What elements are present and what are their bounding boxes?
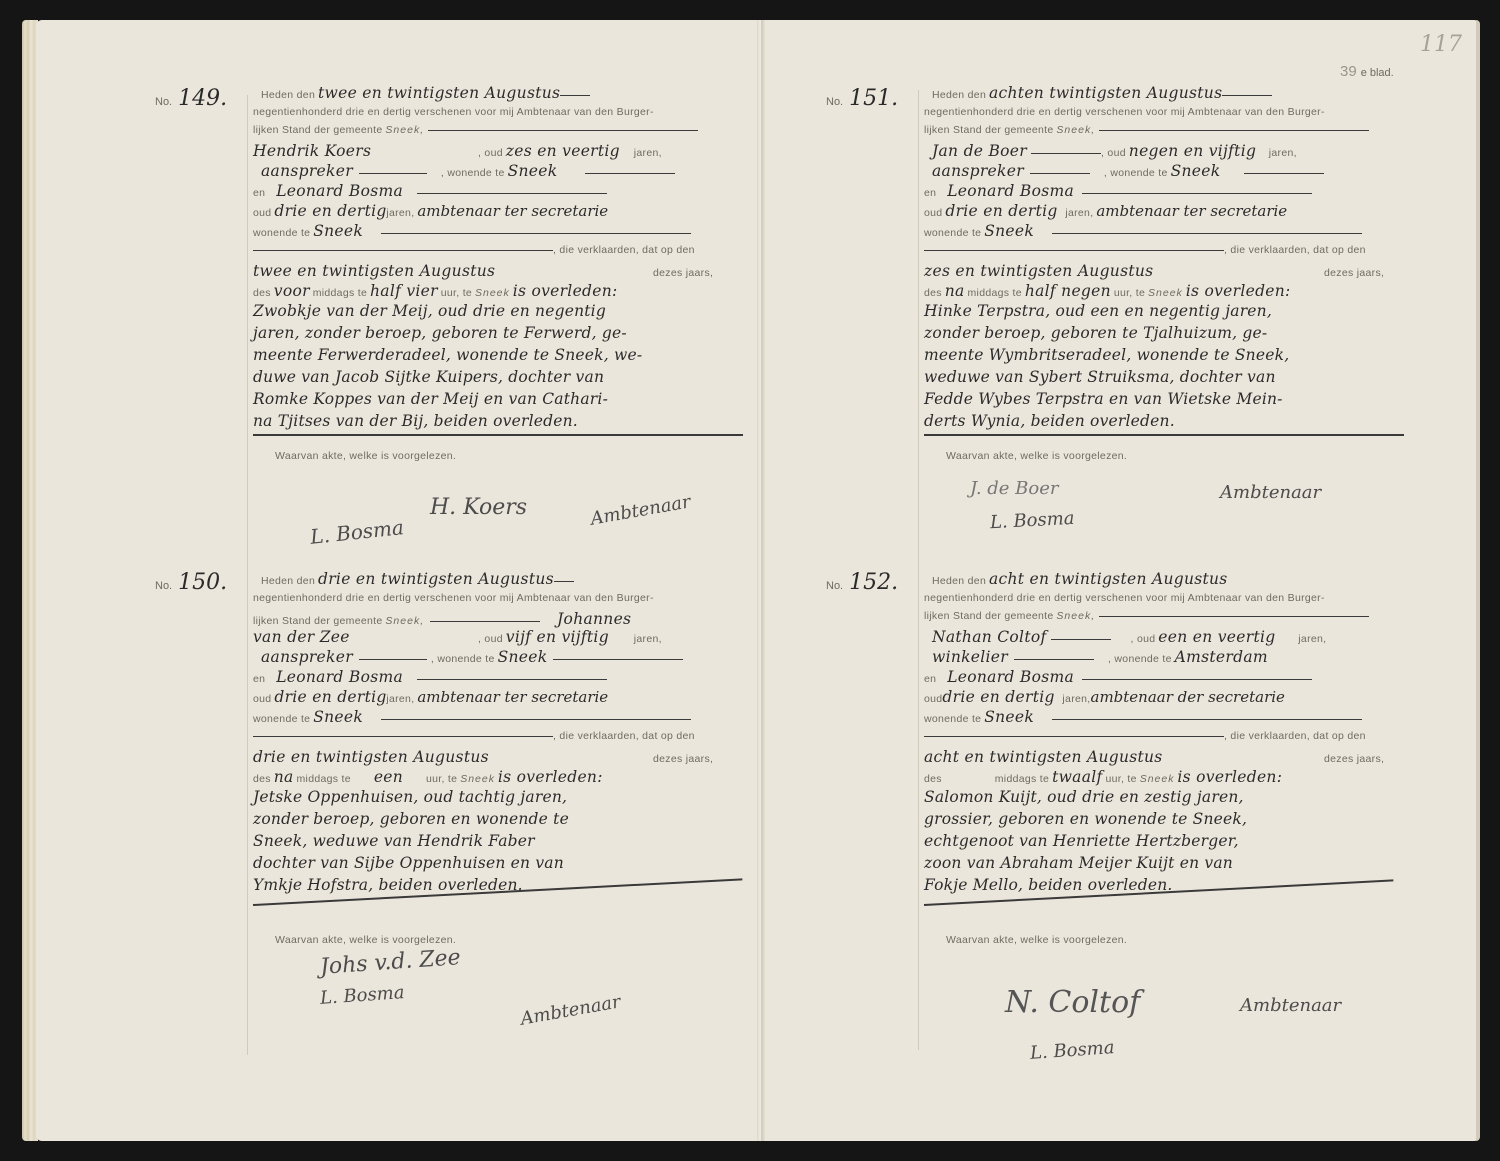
form-line: des voor middags te half vier uur, te Sn… [253, 282, 733, 304]
handwritten-text: zes en veertig [506, 142, 634, 160]
handwritten-text: is overleden: [1186, 282, 1291, 300]
handwritten-text: uur, te [441, 287, 472, 299]
handwritten-text: des [924, 287, 942, 299]
handwritten-text: Sneek [984, 708, 1034, 726]
form-line: Heden den twee en twintigsten Augustus [253, 84, 733, 106]
death-date: twee en twintigsten Augustus [253, 262, 653, 280]
handwritten-text: , oud [1131, 633, 1156, 645]
fill-line [253, 736, 553, 737]
handwritten-text: en [253, 187, 265, 199]
handwritten-text: zoon van Abraham Meijer Kuijt en van [924, 854, 1414, 876]
witness2-name: Leonard Bosma [276, 668, 403, 686]
handwritten-text: Heden den [261, 575, 315, 587]
handwritten-text: voor [274, 282, 310, 300]
handwritten-text: Heden den [932, 89, 986, 101]
signature: N. Coltof [1005, 985, 1140, 1020]
form-line: drie en twintigsten Augustusdezes jaars, [253, 748, 733, 770]
handwritten-text: , die verklaarden, dat op den [1224, 730, 1366, 742]
handwritten-text: jaren, [634, 633, 662, 645]
handwritten-text: Fokje Mello, beiden overleden. [924, 876, 1414, 898]
fill-line [1099, 130, 1369, 131]
form-line: des na middags te half negen uur, te Sne… [924, 282, 1404, 304]
handwritten-text: Sneek, weduwe van Hendrik Faber [253, 832, 743, 854]
handwritten-text: Sneek [475, 287, 510, 299]
handwritten-text: jaren, [1065, 207, 1093, 219]
form-line: Waarvan akte, welke is voorgelezen. [924, 934, 1404, 956]
fill-line [1222, 95, 1272, 96]
handwritten-text: Waarvan akte, welke is voorgelezen. [275, 934, 456, 946]
handwritten-text: lijken Stand der gemeente [924, 610, 1054, 622]
handwritten-text: weduwe van Sybert Struiksma, dochter van [924, 368, 1414, 390]
entry-number: No.152. [826, 570, 898, 595]
act-date: twee en twintigsten Augustus [318, 84, 560, 102]
fill-line [1030, 173, 1090, 174]
form-line: des na middags te een uur, te Sneek is o… [253, 768, 733, 790]
form-line: wonende te Sneek [924, 222, 1404, 244]
form-line: winkelier, wonende te Amsterdam [924, 648, 1404, 670]
handwritten-text: na Tjitses van der Bij, beiden overleden… [253, 412, 743, 434]
handwritten-text: middags te [297, 773, 351, 785]
handwritten-text: is overleden: [513, 282, 618, 300]
handwritten-text: Sneek, [1056, 124, 1095, 136]
handwritten-text: middags te [313, 287, 367, 299]
witness2-name: Leonard Bosma [276, 182, 403, 200]
handwritten-text: , oud [478, 633, 503, 645]
handwritten-text: , wonende te [431, 653, 495, 665]
handwritten-text: Waarvan akte, welke is voorgelezen. [946, 450, 1127, 462]
handwritten-text: , oud [1101, 147, 1126, 159]
fill-line [359, 659, 427, 660]
act-date: achten twintigsten Augustus [989, 84, 1222, 102]
handwritten-text: drie en dertig [945, 202, 1065, 220]
fill-line [924, 736, 1224, 737]
handwritten-text: jaren, [386, 207, 414, 219]
fill-line [428, 130, 698, 131]
handwritten-text: dezes jaars, [1324, 753, 1384, 765]
handwritten-text: Sneek [1171, 162, 1221, 180]
form-line: en Leonard Bosma [253, 668, 733, 690]
handwritten-text: Fedde Wybes Terpstra en van Wietske Mein… [924, 390, 1414, 412]
folio-mark: 117 [1420, 32, 1462, 57]
fill-line [560, 95, 590, 96]
fill-line [381, 719, 691, 720]
handwritten-text: zonder beroep, geboren en wonende te [253, 810, 743, 832]
handwritten-text: middags te [968, 287, 1022, 299]
handwritten-text: des [253, 773, 271, 785]
fill-line [417, 679, 607, 680]
witness1-name: Nathan Coltof [932, 628, 1047, 646]
witness1-name: Hendrik Koers [253, 142, 478, 160]
handwritten-text: Amsterdam [1175, 648, 1268, 666]
handwritten-text: meente Ferwerderadeel, wonende te Sneek,… [253, 346, 743, 368]
handwritten-text: na [945, 282, 965, 300]
fill-line [924, 434, 1404, 436]
signature: H. Koers [430, 495, 527, 520]
handwritten-text: , wonende te [1108, 653, 1172, 665]
handwritten-text: oud [924, 207, 942, 219]
handwritten-text: en [924, 187, 936, 199]
handwritten-text: Sneek [313, 222, 363, 240]
handwritten-text: ambtenaar der secretarie [1091, 688, 1285, 706]
handwritten-text: , oud [478, 147, 503, 159]
form-line: Waarvan akte, welke is voorgelezen. [253, 934, 733, 956]
fill-line [924, 250, 1224, 251]
right-page-edge [1476, 20, 1480, 1141]
handwritten-text: middags te [995, 773, 1049, 785]
handwritten-text: Waarvan akte, welke is voorgelezen. [275, 450, 456, 462]
handwritten-text: zonder beroep, geboren te Tjalhuizum, ge… [924, 324, 1414, 346]
form-line: aanspreker, wonende te Sneek [253, 648, 733, 670]
handwritten-text: 149. [178, 86, 227, 111]
handwritten-text: na [274, 768, 294, 786]
form-line: wonende te Sneek [253, 708, 733, 730]
page-number-label: 39e blad. [1340, 63, 1394, 80]
signature: J. de Boer [970, 478, 1058, 499]
handwritten-text: derts Wynia, beiden overleden. [924, 412, 1414, 434]
entry-number: No.151. [826, 86, 898, 111]
fill-line [253, 434, 743, 436]
handwritten-text: Sneek [984, 222, 1034, 240]
witness2-name: Leonard Bosma [947, 668, 1074, 686]
handwritten-text: grossier, geboren en wonende te Sneek, [924, 810, 1414, 832]
handwritten-text: Salomon Kuijt, oud drie en zestig jaren, [924, 788, 1414, 810]
signature: L. Bosma [990, 508, 1075, 533]
fill-line [430, 621, 540, 622]
fill-line [1051, 639, 1111, 640]
form-line: acht en twintigsten Augustusdezes jaars, [924, 748, 1404, 770]
handwritten-text: vijf en vijftig [506, 628, 634, 646]
handwritten-text: e blad. [1361, 67, 1394, 79]
handwritten-text: jaren, [634, 147, 662, 159]
handwritten-text: Sneek [1148, 287, 1183, 299]
signature: Ambtenaar [1220, 482, 1321, 503]
signature: Ambtenaar [1240, 995, 1341, 1016]
handwritten-text: aanspreker [932, 162, 1024, 180]
handwritten-text: negentienhonderd drie en dertig verschen… [253, 592, 654, 604]
handwritten-text: drie en dertig [942, 688, 1062, 706]
form-line: des middags te twaalf uur, te Sneek is o… [924, 768, 1404, 790]
handwritten-text: is overleden: [1177, 768, 1282, 786]
handwritten-text: Ymkje Hofstra, beiden overleden. [253, 876, 743, 898]
form-line: twee en twintigsten Augustusdezes jaars, [253, 262, 733, 284]
handwritten-text: wonende te [924, 227, 981, 239]
form-line: Waarvan akte, welke is voorgelezen. [924, 450, 1404, 472]
handwritten-text: 152. [849, 570, 898, 595]
handwritten-text: , die verklaarden, dat op den [553, 730, 695, 742]
handwritten-text: een en veertig [1158, 628, 1298, 646]
form-line: van der Zee, oud vijf en vijftigjaren, [253, 628, 733, 650]
handwritten-text: uur, te [1114, 287, 1145, 299]
handwritten-text: aanspreker [261, 648, 353, 666]
margin-line-right [918, 90, 919, 1050]
handwritten-text: , wonende te [441, 167, 505, 179]
handwritten-text: Romke Koppes van der Meij en van Cathari… [253, 390, 743, 412]
form-line: Heden den achten twintigsten Augustus [924, 84, 1404, 106]
handwritten-text: Sneek, [1056, 610, 1095, 622]
handwritten-text: winkelier [932, 648, 1008, 666]
handwritten-text: Waarvan akte, welke is voorgelezen. [946, 934, 1127, 946]
form-line: zes en twintigsten Augustusdezes jaars, [924, 262, 1404, 284]
fill-line [1082, 679, 1312, 680]
handwritten-text: echtgenoot van Henriette Hertzberger, [924, 832, 1414, 854]
handwritten-text: half vier [370, 282, 438, 300]
form-line: Waarvan akte, welke is voorgelezen. [253, 450, 733, 472]
handwritten-text: dochter van Sijbe Oppenhuisen en van [253, 854, 743, 876]
handwritten-text: jaren, [386, 693, 414, 705]
fill-line [1014, 659, 1094, 660]
handwritten-text: No. [826, 580, 843, 592]
handwritten-text: lijken Stand der gemeente [924, 124, 1054, 136]
form-line: en Leonard Bosma [253, 182, 733, 204]
handwritten-text: Hinke Terpstra, oud een en negentig jare… [924, 302, 1414, 324]
handwritten-text: ambtenaar ter secretarie [417, 688, 608, 706]
handwritten-text: twaalf [1052, 768, 1102, 786]
form-line: en Leonard Bosma [924, 668, 1404, 690]
handwritten-text: negentienhonderd drie en dertig verschen… [924, 106, 1325, 118]
form-line: aanspreker, wonende te Sneek [924, 162, 1404, 184]
witness1-name: van der Zee [253, 628, 478, 646]
handwritten-text: dezes jaars, [1324, 267, 1384, 279]
handwritten-text: half negen [1025, 282, 1111, 300]
handwritten-text: negen en vijftig [1129, 142, 1269, 160]
handwritten-text: jaren, zonder beroep, geboren te Ferwerd… [253, 324, 743, 346]
form-line: wonende te Sneek [253, 222, 733, 244]
fill-line [554, 581, 574, 582]
handwritten-text: oud [253, 207, 271, 219]
form-line: oud drie en dertigjaren, ambtenaar ter s… [253, 688, 733, 710]
handwritten-text: des [253, 287, 271, 299]
handwritten-text: ambtenaar ter secretarie [1096, 202, 1287, 220]
fill-line [585, 173, 675, 174]
handwritten-text: duwe van Jacob Sijtke Kuipers, dochter v… [253, 368, 743, 390]
form-line: Nathan Coltof, oud een en veertigjaren, [924, 628, 1404, 650]
fill-line [1031, 153, 1101, 154]
act-date: acht en twintigsten Augustus [989, 570, 1228, 588]
handwritten-text: is overleden: [498, 768, 603, 786]
witness2-name: Leonard Bosma [947, 182, 1074, 200]
handwritten-text: jaren, [1298, 633, 1326, 645]
handwritten-text: oud [924, 693, 942, 705]
handwritten-text: Sneek, [385, 124, 424, 136]
handwritten-text: Heden den [261, 89, 315, 101]
handwritten-text: wonende te [253, 227, 310, 239]
form-line: Jan de Boer, oud negen en vijftigjaren, [924, 142, 1404, 164]
handwritten-text: Sneek [508, 162, 558, 180]
form-line: aanspreker, wonende te Sneek [253, 162, 733, 184]
death-date: zes en twintigsten Augustus [924, 262, 1324, 280]
handwritten-text: lijken Stand der gemeente [253, 615, 383, 627]
handwritten-text: dezes jaars, [653, 267, 713, 279]
page-number: 39 [1340, 63, 1357, 80]
fill-line [381, 233, 691, 234]
handwritten-text: drie en dertig [274, 688, 386, 706]
form-line: oud drie en dertigjaren, ambtenaar ter s… [924, 202, 1404, 224]
handwritten-text: Sneek [313, 708, 363, 726]
fill-line [1099, 616, 1369, 617]
handwritten-text: wonende te [253, 713, 310, 725]
act-date: drie en twintigsten Augustus [318, 570, 554, 588]
handwritten-text: uur, te [426, 773, 457, 785]
witness1-name: Jan de Boer [932, 142, 1027, 160]
fill-line [1082, 193, 1312, 194]
fill-line [1052, 233, 1362, 234]
handwritten-text: meente Wymbritseradeel, wonende te Sneek… [924, 346, 1414, 368]
handwritten-text: jaren, [1062, 693, 1090, 705]
handwritten-text: Sneek [460, 773, 495, 785]
handwritten-text: een [374, 768, 403, 786]
handwritten-text: wonende te [924, 713, 981, 725]
handwritten-text: Zwobkje van der Meij, oud drie en negent… [253, 302, 743, 324]
handwritten-text: , die verklaarden, dat op den [1224, 244, 1366, 256]
handwritten-text: drie en dertig [274, 202, 386, 220]
handwritten-text: ambtenaar ter secretarie [417, 202, 608, 220]
fill-line [359, 173, 427, 174]
fill-line [253, 250, 553, 251]
handwritten-text: dezes jaars, [653, 753, 713, 765]
handwritten-text: lijken Stand der gemeente [253, 124, 383, 136]
handwritten-text: Sneek [1140, 773, 1175, 785]
death-date: drie en twintigsten Augustus [253, 748, 653, 766]
death-date: acht en twintigsten Augustus [924, 748, 1324, 766]
handwritten-text: Sneek [498, 648, 548, 666]
handwritten-text: negentienhonderd drie en dertig verschen… [924, 592, 1325, 604]
entry-number: No.150. [155, 570, 227, 595]
handwritten-text: 151. [849, 86, 898, 111]
form-line: en Leonard Bosma [924, 182, 1404, 204]
handwritten-text: No. [826, 96, 843, 108]
handwritten-text: Johannes [557, 610, 631, 628]
fill-line [1052, 719, 1362, 720]
handwritten-text: Jetske Oppenhuisen, oud tachtig jaren, [253, 788, 743, 810]
form-line: Heden den acht en twintigsten Augustus [924, 570, 1404, 592]
handwritten-text: negentienhonderd drie en dertig verschen… [253, 106, 654, 118]
form-line: Heden den drie en twintigsten Augustus [253, 570, 733, 592]
handwritten-text: oud [253, 693, 271, 705]
handwritten-text: , wonende te [1104, 167, 1168, 179]
handwritten-text: Heden den [932, 575, 986, 587]
form-line: wonende te Sneek [924, 708, 1404, 730]
handwritten-text: , die verklaarden, dat op den [553, 244, 695, 256]
form-line: oud drie en dertigjaren, ambtenaar ter s… [253, 202, 733, 224]
fill-line [1244, 173, 1324, 174]
handwritten-text: uur, te [1105, 773, 1136, 785]
entry-number: No.149. [155, 86, 227, 111]
handwritten-text: des [924, 773, 942, 785]
handwritten-text: aanspreker [261, 162, 353, 180]
handwritten-text: No. [155, 96, 172, 108]
handwritten-text: 150. [178, 570, 227, 595]
book-gutter [757, 20, 765, 1141]
handwritten-text: en [253, 673, 265, 685]
form-line: ouddrie en dertigjaren,ambtenaar der sec… [924, 688, 1404, 710]
fill-line [417, 193, 607, 194]
handwritten-text: en [924, 673, 936, 685]
form-line: Hendrik Koers, oud zes en veertigjaren, [253, 142, 733, 164]
handwritten-text: Sneek, [385, 615, 424, 627]
margin-line-left [247, 95, 248, 1055]
handwritten-text: No. [155, 580, 172, 592]
fill-line [553, 659, 683, 660]
handwritten-text: jaren, [1269, 147, 1297, 159]
